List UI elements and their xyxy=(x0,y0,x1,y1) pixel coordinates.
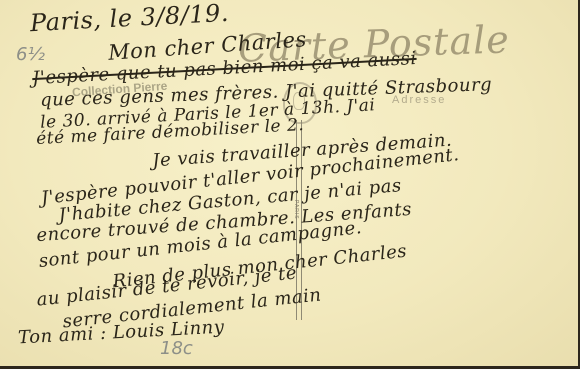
pencil-note-top: 6½ xyxy=(16,44,45,65)
date-line: Paris, le 3/8/19. xyxy=(29,0,229,37)
postcard-back: Carte Postale Collection Pierre Adresse … xyxy=(0,0,580,369)
pencil-price: 18c xyxy=(160,338,193,359)
signature-line: Ton ami : Louis Linny xyxy=(18,317,225,349)
